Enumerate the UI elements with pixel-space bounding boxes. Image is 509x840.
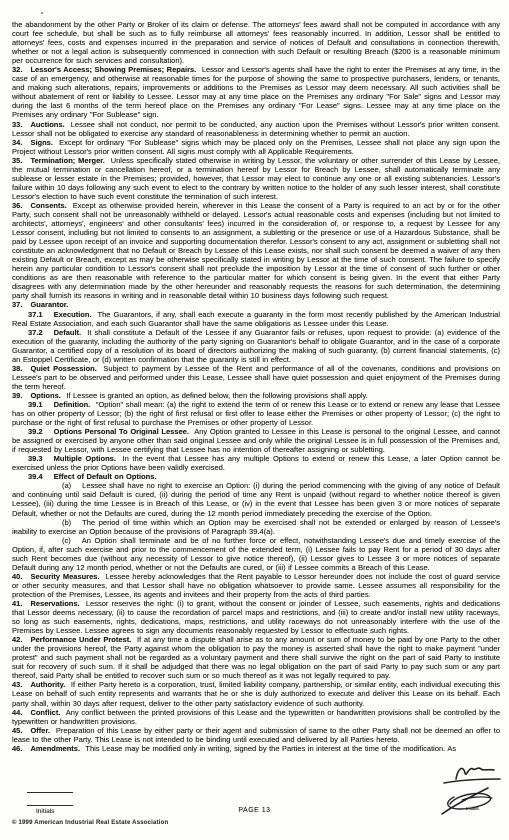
- section-title: Consents.: [30, 201, 69, 210]
- section-title: Options.: [30, 391, 63, 400]
- lease-paragraph: 38.Quiet Possession. Subject to payment …: [12, 364, 500, 391]
- section-number: (a): [62, 481, 82, 490]
- section-number: 43.: [12, 680, 30, 689]
- lease-paragraph: 41.Reservations. Lessor reserves the rig…: [12, 599, 500, 635]
- section-title: Authority.: [30, 680, 68, 689]
- section-text: If either Party hereto is a corporation,…: [12, 680, 500, 707]
- section-title: Conflict.: [30, 708, 63, 717]
- initials-blank-line: [27, 792, 73, 793]
- lease-paragraph: 44.Conflict. Any conflict between the pr…: [12, 708, 500, 726]
- section-number: 32.: [12, 65, 30, 74]
- lease-paragraph: 32.Lessor's Access; Showing Premises; Re…: [12, 65, 500, 119]
- lease-paragraph: 37.2Default. It shall constitute a Defau…: [12, 328, 500, 364]
- lease-paragraph: 39.4Effect of Default on Options.: [12, 472, 500, 481]
- section-title: Signs.: [30, 138, 56, 147]
- section-number: 37.1: [28, 310, 54, 319]
- section-number: 39.3: [28, 454, 54, 463]
- section-number: 46.: [12, 744, 30, 753]
- lease-paragraph: 45.Offer. Preparation of this Lease by e…: [12, 726, 500, 744]
- section-number: 33.: [12, 120, 30, 129]
- section-title: Reservations.: [30, 599, 82, 608]
- section-number: 45.: [12, 726, 30, 735]
- lease-text-block: the abandonment by the other Party or Br…: [12, 20, 500, 753]
- section-text: Lessor reserves the right: (i) to grant,…: [12, 599, 500, 635]
- section-number: 40.: [12, 572, 30, 581]
- section-number: 37.2: [28, 328, 54, 337]
- lease-paragraph: 39.1Definition. "Option" shall mean: (a)…: [12, 400, 500, 427]
- section-title: Multiple Options.: [54, 454, 119, 463]
- lease-paragraph: 36.Consents. Except as otherwise provide…: [12, 201, 500, 301]
- section-text: Preparation of this Lease by either part…: [12, 726, 500, 744]
- section-text: Except for ordinary "For Sublease" signs…: [12, 138, 500, 156]
- section-number: 39.1: [28, 400, 54, 409]
- section-text: It shall constitute a Default of the Les…: [12, 328, 500, 364]
- section-number: 39.: [12, 391, 30, 400]
- section-title: Termination; Merger.: [30, 156, 107, 165]
- section-title: Definition.: [54, 400, 94, 409]
- section-title: Security Measures.: [30, 572, 102, 581]
- lease-paragraph: 33.Auctions. Lessee shall not conduct, n…: [12, 120, 500, 138]
- section-title: Effect of Default on Options.: [54, 472, 160, 481]
- section-text: If Lessee is granted an option, as defin…: [66, 391, 367, 400]
- section-number: 39.4: [28, 472, 54, 481]
- section-title: Lessor's Access; Showing Premises; Repai…: [30, 65, 199, 74]
- section-number: 41.: [12, 599, 30, 608]
- lease-paragraph: 39.Options. If Lessee is granted an opti…: [12, 391, 500, 400]
- section-title: Execution.: [54, 310, 95, 319]
- section-text: the abandonment by the other Party or Br…: [12, 20, 500, 65]
- section-number: 38.: [12, 364, 30, 373]
- section-text: Lessee shall have no right to exercise a…: [12, 481, 500, 517]
- section-text: Except as otherwise provided herein, whe…: [12, 201, 500, 300]
- section-title: Auctions.: [30, 120, 67, 129]
- section-title: Offer.: [30, 726, 53, 735]
- section-number: (b): [62, 518, 82, 527]
- lease-paragraph: 39.3Multiple Options. In the event that …: [12, 454, 500, 472]
- scan-speck: [41, 12, 43, 14]
- lease-paragraph: 40.Security Measures. Lessee hereby ackn…: [12, 572, 500, 599]
- lease-paragraph: 46.Amendments. This Lease may be modifie…: [12, 744, 500, 753]
- section-number: 37.: [12, 300, 30, 309]
- lease-paragraph: the abandonment by the other Party or Br…: [12, 20, 500, 65]
- section-number: 35.: [12, 156, 30, 165]
- page-number: PAGE 13: [0, 807, 509, 814]
- section-title: Quiet Possession.: [30, 364, 99, 373]
- handwritten-initials-signature: [432, 752, 507, 827]
- lease-paragraph: 39.2Options Personal To Original Lessee.…: [12, 427, 500, 454]
- section-title: Amendments.: [30, 744, 83, 753]
- section-text: The period of time within which an Optio…: [12, 518, 500, 536]
- lease-paragraph: (a)Lessee shall have no right to exercis…: [12, 481, 500, 517]
- section-number: 34.: [12, 138, 30, 147]
- section-text: Any conflict between the printed provisi…: [12, 708, 500, 726]
- section-text: This Lease may be modified only in writi…: [85, 744, 456, 753]
- section-number: 39.2: [28, 427, 54, 436]
- section-title: Default.: [54, 328, 85, 337]
- lease-paragraph: (c)An Option shall terminate and be of n…: [12, 536, 500, 572]
- section-title: Options Personal To Original Lessee.: [54, 427, 192, 436]
- lease-paragraph: 35.Termination; Merger. Unless specifica…: [12, 156, 500, 201]
- section-text: Lessor and Lessor's agents shall have th…: [12, 65, 500, 119]
- initials-blank-line: [27, 805, 73, 806]
- lease-paragraph: 37.1Execution. The Guarantors, if any, s…: [12, 310, 500, 328]
- section-number: 42.: [12, 635, 30, 644]
- section-number: 44.: [12, 708, 30, 717]
- section-title: Performance Under Protest.: [30, 635, 134, 644]
- section-text: An Option shall terminate and be of no f…: [12, 536, 500, 572]
- section-number: 36.: [12, 201, 30, 210]
- lease-paragraph: 34.Signs. Except for ordinary "For Suble…: [12, 138, 500, 156]
- copyright-note: © 1999 American Industrial Real Estate A…: [12, 820, 168, 826]
- section-title: Guarantor.: [30, 300, 71, 309]
- initials-label: Initials: [36, 808, 54, 815]
- scanned-lease-document-page: the abandonment by the other Party or Br…: [0, 0, 509, 840]
- section-text: Lessee shall not conduct, nor permit to …: [12, 120, 500, 138]
- lease-paragraph: 42.Performance Under Protest. If at any …: [12, 635, 500, 680]
- initials-label: Initials: [466, 806, 479, 811]
- lease-paragraph: (b)The period of time within which an Op…: [12, 518, 500, 536]
- section-number: (c): [62, 536, 82, 545]
- lease-paragraph: 37.Guarantor.: [12, 300, 500, 309]
- lease-paragraph: 43.Authority. If either Party hereto is …: [12, 680, 500, 707]
